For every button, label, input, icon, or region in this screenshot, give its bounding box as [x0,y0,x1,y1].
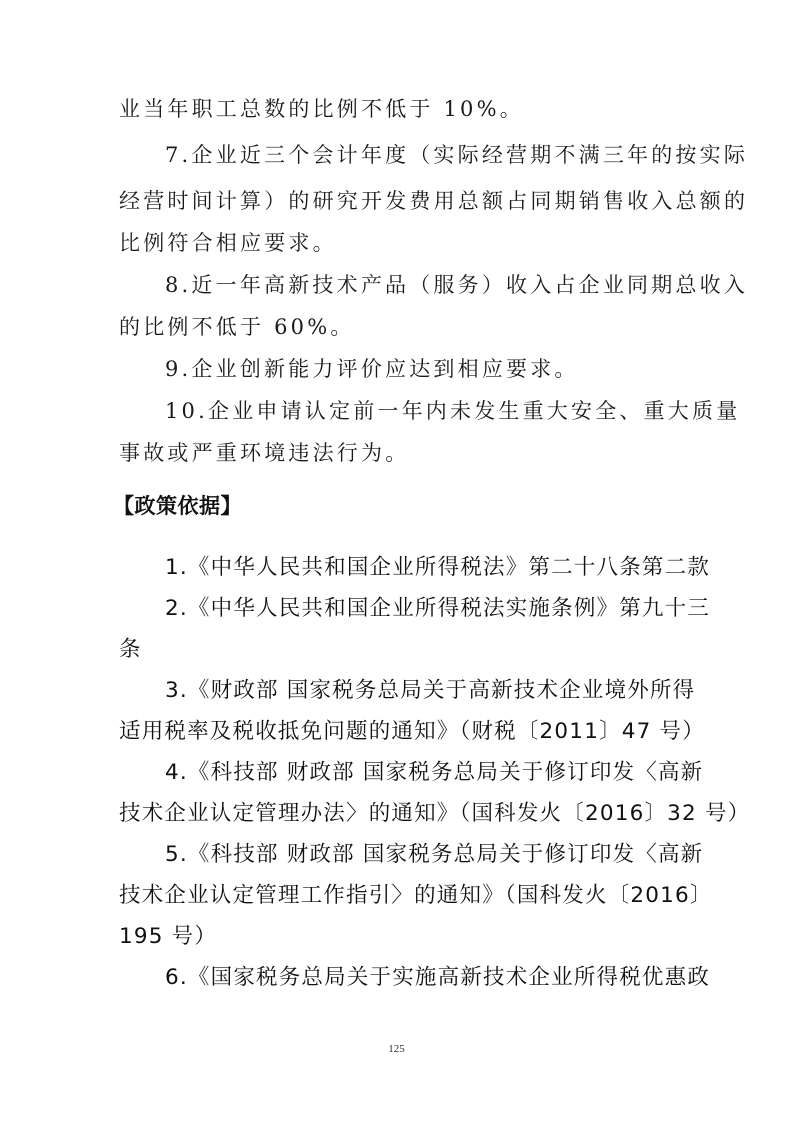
policy-line: 4.《科技部 财政部 国家税务总局关于修订印发〈高新 [119,760,721,786]
policy-line: 技术企业认定管理工作指引〉的通知》（国科发火〔2016〕 [119,883,675,909]
policy-line: 条 [119,637,675,663]
requirement-line: 业当年职工总数的比例不低于 10%。 [119,96,675,122]
requirement-line: 事故或严重环境违法行为。 [119,440,675,466]
requirement-line: 的比例不低于 60%。 [119,314,675,340]
policy-line: 195 号） [119,924,675,950]
policy-line: 2.《中华人民共和国企业所得税法实施条例》第九十三 [119,596,721,622]
policy-line: 5.《科技部 财政部 国家税务总局关于修订印发〈高新 [119,842,721,868]
policy-line: 6.《国家税务总局关于实施高新技术企业所得税优惠政 [119,965,721,991]
requirement-line: 9.企业创新能力评价应达到相应要求。 [119,356,721,382]
policy-line: 1.《中华人民共和国企业所得税法》第二十八条第二款 [119,555,721,581]
page-number: 125 [0,1043,793,1055]
requirement-line: 7.企业近三个会计年度（实际经营期不满三年的按实际 [119,142,721,168]
requirement-line: 8.近一年高新技术产品（服务）收入占企业同期总收入 [119,272,721,298]
section-heading: 【政策依据】 [113,490,242,520]
requirement-line: 10.企业申请认定前一年内未发生重大安全、重大质量 [119,398,721,424]
requirement-line: 经营时间计算）的研究开发费用总额占同期销售收入总额的 [119,188,675,214]
document-page: 业当年职工总数的比例不低于 10%。 7.企业近三个会计年度（实际经营期不满三年… [0,0,793,1122]
policy-line: 3.《财政部 国家税务总局关于高新技术企业境外所得 [119,678,721,704]
policy-line: 技术企业认定管理办法〉的通知》（国科发火〔2016〕32 号） [119,801,675,827]
requirement-line: 比例符合相应要求。 [119,230,675,256]
policy-line: 适用税率及税收抵免问题的通知》（财税〔2011〕47 号） [119,719,675,745]
